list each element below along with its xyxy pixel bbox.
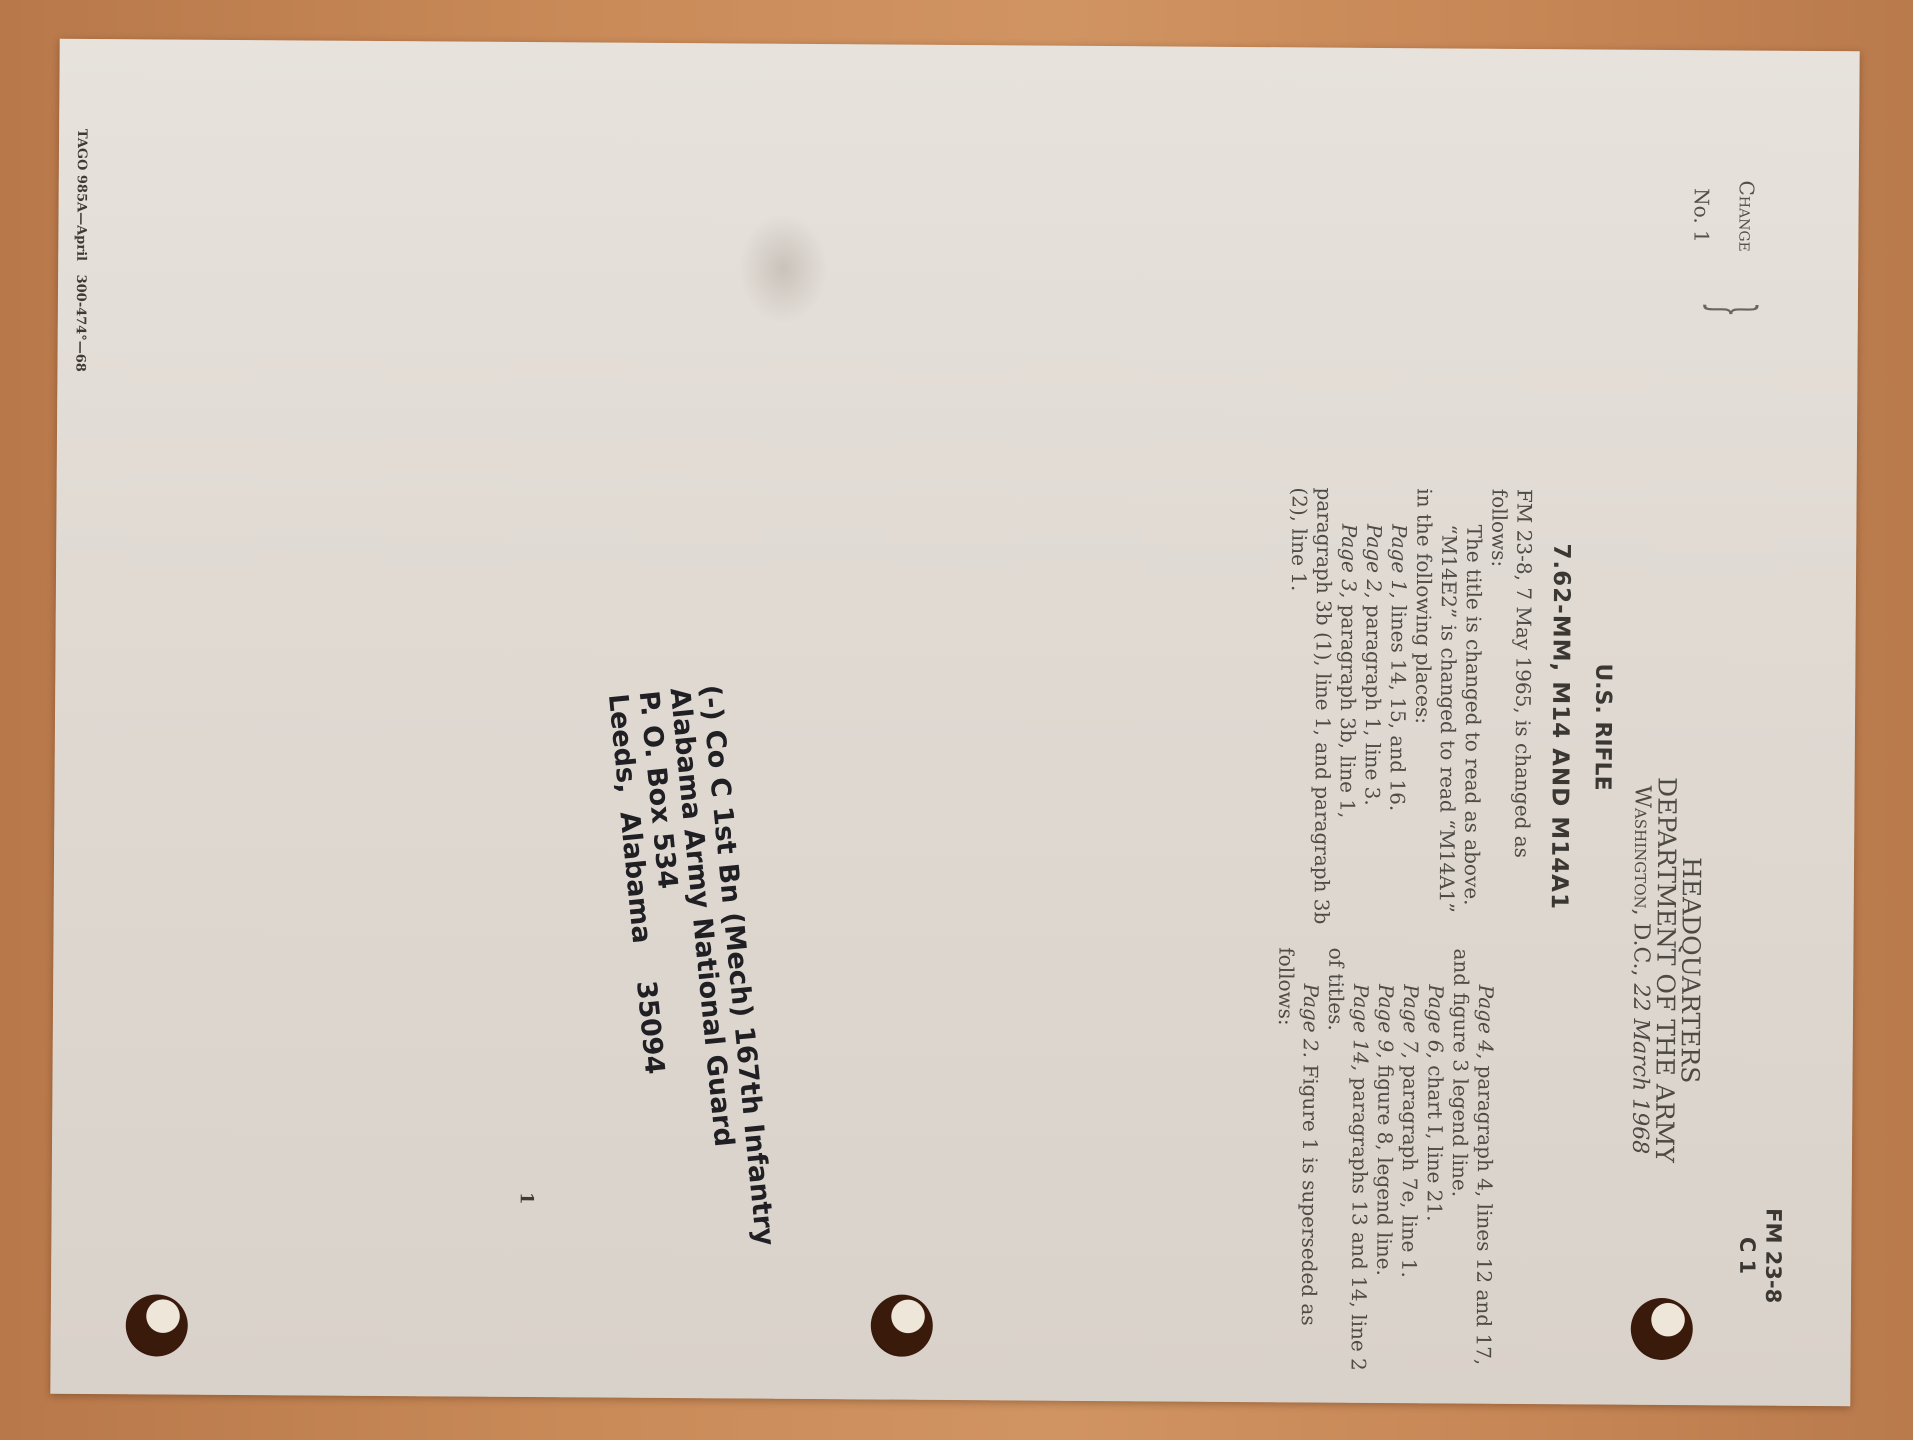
document-reference: FM 23-8 C 1: [1734, 1205, 1787, 1305]
change-block: Change No. 1: [1678, 180, 1768, 252]
body-right-column: Page 4, paragraph 4, lines 12 and 17, an…: [1270, 947, 1498, 1379]
title-line1: U.S. RIFLE: [1585, 49, 1619, 1404]
form-id: FM 23-8: [1760, 1206, 1787, 1306]
intro-text: FM 23-8, 7 May 1965, is changed as follo…: [1484, 489, 1537, 929]
body-left-column: FM 23-8, 7 May 1965, is changed as follo…: [1284, 487, 1537, 929]
change-label: Change: [1723, 180, 1768, 252]
document-page: FM 23-8 C 1 Change No. 1 } HEADQUARTERS …: [50, 39, 1859, 1407]
change-item: Page 6, chart I, line 21.: [1420, 948, 1448, 1378]
hq-line2: DEPARTMENT OF THE ARMY: [1651, 650, 1680, 1290]
para-title-change: The title is changed to read as above.: [1459, 489, 1487, 929]
hq-location: Washington, D.C.,: [1628, 785, 1654, 976]
change-number: No. 1: [1678, 180, 1723, 252]
hq-line1: HEADQUARTERS: [1676, 650, 1705, 1290]
page-number: 1: [516, 1192, 537, 1205]
unit-address-stamp: (-) Co C 1st Bn (Mech) 167th Infantry Al…: [602, 683, 780, 1256]
headquarters-block: HEADQUARTERS DEPARTMENT OF THE ARMY Wash…: [1626, 650, 1705, 1291]
change-item: Page 7, paragraph 7e, line 1.: [1395, 948, 1423, 1378]
document-sheet: FM 23-8 C 1 Change No. 1 } HEADQUARTERS …: [50, 39, 1859, 1407]
change-code: C 1: [1734, 1205, 1761, 1305]
para-m14e2-change: “M14E2” is changed to read “M14A1” in th…: [1409, 488, 1462, 928]
change-item: Page 3, paragraph 3b, line 1, paragraph …: [1284, 487, 1362, 928]
footer-imprint: TAGO 985A—April 300-474°—68: [72, 129, 89, 372]
hq-date: 22 March 1968: [1627, 983, 1653, 1154]
title-line2: 7.62-MM, M14 AND M14A1: [1542, 49, 1577, 1404]
change-item: Page 1, lines 14, 15, and 16.: [1384, 488, 1412, 928]
change-item: Page 4, paragraph 4, lines 12 and 17, an…: [1445, 948, 1498, 1378]
change-item: Page 2, paragraph 1, line 3.: [1359, 488, 1387, 928]
change-item: Page 14, paragraphs 13 and 14, line 2 of…: [1320, 948, 1373, 1378]
brace-icon: }: [1698, 302, 1768, 318]
change-item: Page 2. Figure 1 is superseded as follow…: [1270, 947, 1323, 1377]
change-item: Page 9, figure 8, legend line.: [1370, 948, 1398, 1378]
